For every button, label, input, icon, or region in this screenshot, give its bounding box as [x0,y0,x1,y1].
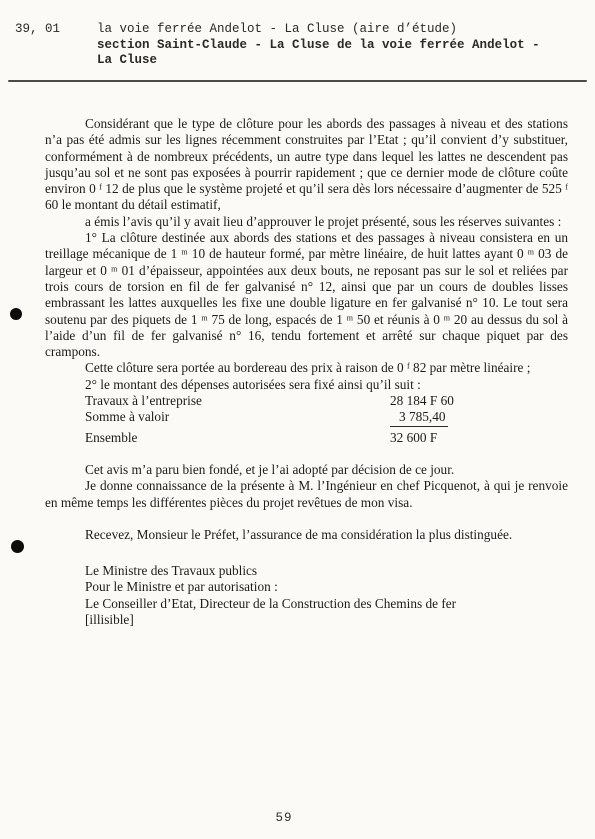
signature-line-2: Pour le Ministre et par autorisation : [85,579,568,595]
amount-value: 32 600 F [390,430,437,446]
paragraph-cloture-prix: Cette clôture sera portée au bordereau d… [45,360,568,376]
paragraph-reserve-1: 1° La clôture destinée aux abords des st… [45,230,568,360]
amount-value: 3 785,40 [390,409,448,426]
paragraph-considerant: Considérant que le type de clôture pour … [45,116,568,214]
header-title-line-1: la voie ferrée Andelot - La Cluse (aire … [97,22,577,38]
document-ref-number: 39, 01 [15,22,60,38]
punch-hole-dot-icon [10,308,22,320]
paragraph-avis: a émis l’avis qu’il y avait lieu d’appro… [45,214,568,230]
signature-line-4: [illisible] [85,612,568,628]
signature-line-1: Le Ministre des Travaux publics [85,563,568,579]
table-row: Ensemble 32 600 F [45,430,568,446]
signature-line-3: Le Conseiller d’Etat, Directeur de la Co… [85,596,568,612]
page-number: 59 [262,811,306,825]
table-row: Travaux à l’entreprise 28 184 F 60 [45,393,568,409]
table-row: Somme à valoir 3 785,40 [45,409,568,425]
header-title-line-2: section Saint-Claude - La Cluse de la vo… [97,38,577,54]
header-divider [8,80,587,82]
punch-hole-dot-icon [11,540,24,553]
document-page: 39, 01 la voie ferrée Andelot - La Cluse… [0,0,595,839]
amount-label: Ensemble [85,430,137,445]
amount-value: 28 184 F 60 [390,393,454,409]
paragraph-recevez: Recevez, Monsieur le Préfet, l’assurance… [45,527,568,543]
signature-block: Le Ministre des Travaux publics Pour le … [45,563,568,628]
amount-label: Travaux à l’entreprise [85,393,202,408]
header-title-line-3: La Cluse [97,53,577,69]
paragraph-avis-fonde: Cet avis m’a paru bien fondé, et je l’ai… [45,462,568,478]
paragraph-reserve-2: 2° le montant des dépenses autorisées se… [45,377,568,393]
document-header: la voie ferrée Andelot - La Cluse (aire … [97,22,577,69]
amounts-table: Travaux à l’entreprise 28 184 F 60 Somme… [45,393,568,446]
amount-label: Somme à valoir [85,409,169,424]
document-body: Considérant que le type de clôture pour … [45,116,568,628]
paragraph-connaissance: Je donne connaissance de la présente à M… [45,478,568,511]
